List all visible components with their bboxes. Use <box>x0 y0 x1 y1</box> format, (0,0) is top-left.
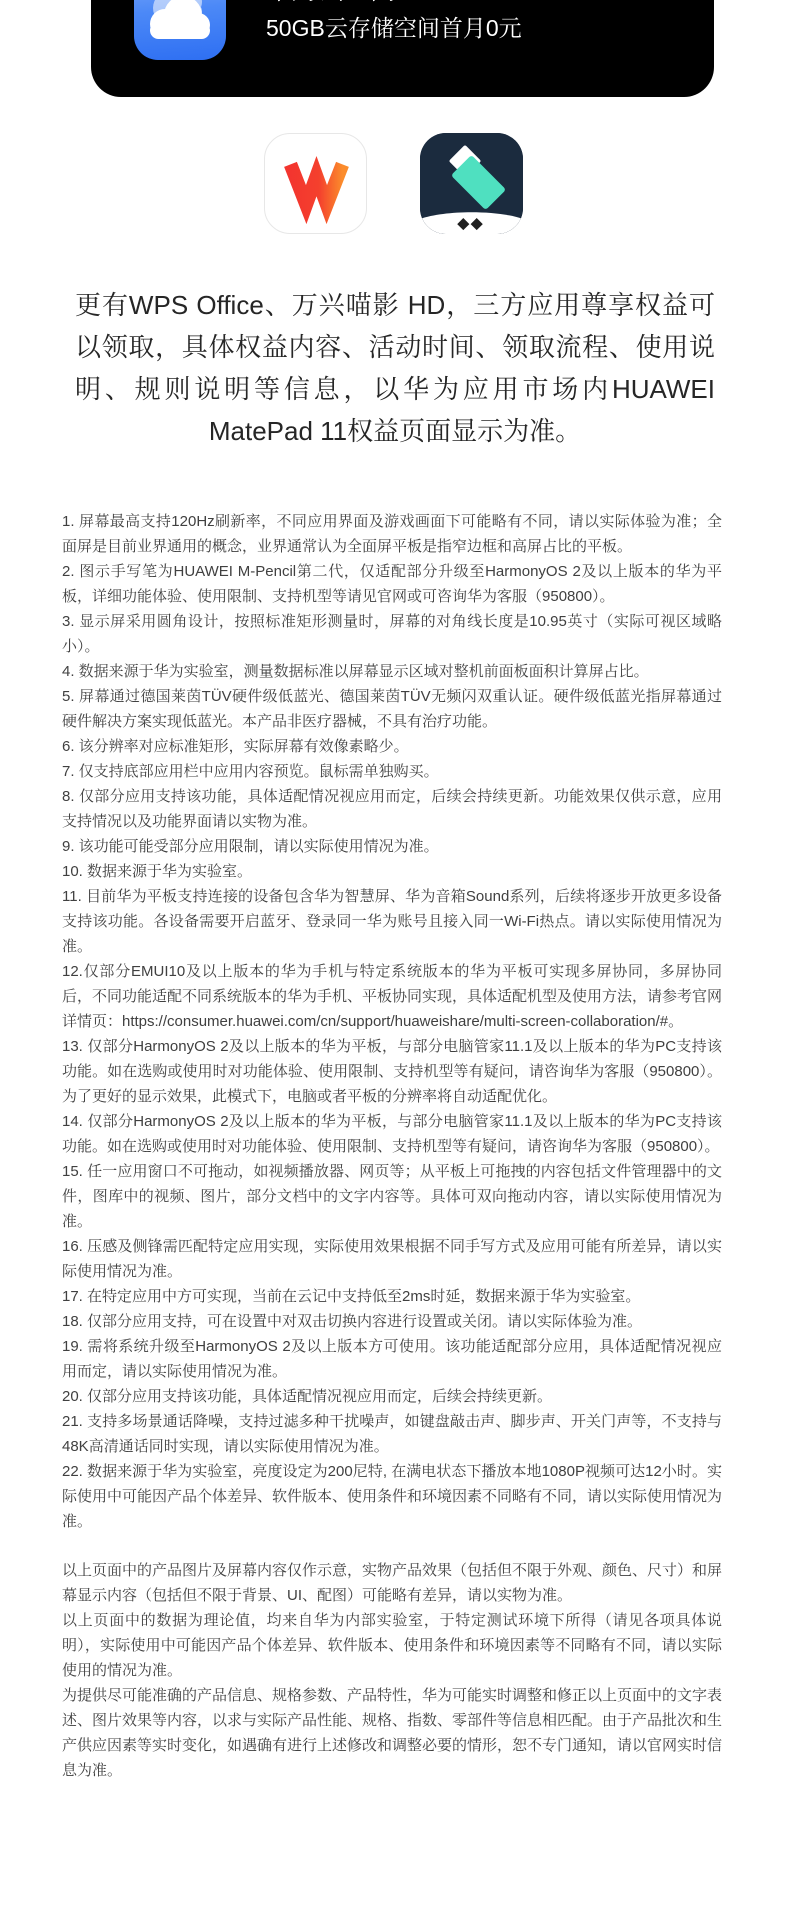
disclaimer-item: 1. 屏幕最高支持120Hz刷新率，不同应用界面及游戏画面下可能略有不同，请以实… <box>62 509 722 559</box>
disclaimer-item: 5. 屏幕通过德国莱茵TÜV硬件级低蓝光、德国莱茵TÜV无频闪双重认证。硬件级低… <box>62 684 722 734</box>
filmora-app-icon <box>420 133 523 234</box>
closing-note-item: 以上页面中的产品图片及屏幕内容仅作示意，实物产品效果（包括但不限于外观、颜色、尺… <box>62 1558 722 1608</box>
huawei-cloud-icon <box>134 0 226 60</box>
disclaimer-item: 17. 在特定应用中方可实现，当前在云记中支持低至2ms时延，数据来源于华为实验… <box>62 1284 722 1309</box>
product-detail-page: 华为云空间 50GB云存储空间首月0元 <box>0 0 790 1907</box>
closing-note-item: 以上页面中的数据为理论值，均来自华为内部实验室，于特定测试环境下所得（请见各项具… <box>62 1608 722 1683</box>
banner-title-clipped: 华为云空间 <box>266 0 396 5</box>
disclaimer-item: 18. 仅部分应用支持，可在设置中对双击切换内容进行设置或关闭。请以实际体验为准… <box>62 1309 722 1334</box>
disclaimer-item: 14. 仅部分HarmonyOS 2及以上版本的华为平板，与部分电脑管家11.1… <box>62 1109 722 1159</box>
cloud-promo-banner[interactable]: 华为云空间 50GB云存储空间首月0元 <box>91 0 714 97</box>
disclaimer-item: 19. 需将系统升级至HarmonyOS 2及以上版本方可使用。该功能适配部分应… <box>62 1334 722 1384</box>
wps-w-glyph <box>265 134 366 233</box>
disclaimer-item: 4. 数据来源于华为实验室，测量数据标准以屏幕显示区域对整机前面板面积计算屏占比… <box>62 659 722 684</box>
disclaimer-item: 7. 仅支持底部应用栏中应用内容预览。鼠标需单独购买。 <box>62 759 722 784</box>
benefit-paragraph: 更有WPS Office、万兴喵影 HD，三方应用尊享权益可以领取，具体权益内容… <box>75 284 715 452</box>
closing-notes-list: 以上页面中的产品图片及屏幕内容仅作示意，实物产品效果（包括但不限于外观、颜色、尺… <box>62 1558 722 1783</box>
disclaimer-item: 10. 数据来源于华为实验室。 <box>62 859 722 884</box>
disclaimer-item: 8. 仅部分应用支持该功能，具体适配情况视应用而定，后续会持续更新。功能效果仅供… <box>62 784 722 834</box>
disclaimer-item: 16. 压感及侧锋需匹配特定应用实现，实际使用效果根据不同手写方式及应用可能有所… <box>62 1234 722 1284</box>
disclaimer-item: 20. 仅部分应用支持该功能，具体适配情况视应用而定，后续会持续更新。 <box>62 1384 722 1409</box>
disclaimer-item: 13. 仅部分HarmonyOS 2及以上版本的华为平板，与部分电脑管家11.1… <box>62 1034 722 1109</box>
disclaimer-item: 22. 数据来源于华为实验室，亮度设定为200尼特, 在满电状态下播放本地108… <box>62 1459 722 1534</box>
cloud-glyph <box>134 0 226 60</box>
disclaimer-item: 6. 该分辨率对应标准矩形，实际屏幕有效像素略少。 <box>62 734 722 759</box>
disclaimer-list: 1. 屏幕最高支持120Hz刷新率，不同应用界面及游戏画面下可能略有不同，请以实… <box>62 509 722 1534</box>
disclaimer-item: 3. 显示屏采用圆角设计，按照标准矩形测量时，屏幕的对角线长度是10.95英寸（… <box>62 609 722 659</box>
closing-note-item: 为提供尽可能准确的产品信息、规格参数、产品特性，华为可能实时调整和修正以上页面中… <box>62 1683 722 1783</box>
disclaimer-item: 12.仅部分EMUI10及以上版本的华为手机与特定系统版本的华为平板可实现多屏协… <box>62 959 722 1034</box>
disclaimer-item: 21. 支持多场景通话降噪，支持过滤多种干扰噪声，如键盘敲击声、脚步声、开关门声… <box>62 1409 722 1459</box>
disclaimer-item: 11. 目前华为平板支持连接的设备包含华为智慧屏、华为音箱Sound系列，后续将… <box>62 884 722 959</box>
filmora-glyph <box>420 133 523 234</box>
disclaimer-item: 9. 该功能可能受部分应用限制，请以实际使用情况为准。 <box>62 834 722 859</box>
wps-office-app-icon <box>264 133 367 234</box>
disclaimer-section: 1. 屏幕最高支持120Hz刷新率，不同应用界面及游戏画面下可能略有不同，请以实… <box>62 509 722 1783</box>
disclaimer-item: 2. 图示手写笔为HUAWEI M-Pencil第二代，仅适配部分升级至Harm… <box>62 559 722 609</box>
banner-subtitle: 50GB云存储空间首月0元 <box>266 12 522 44</box>
disclaimer-item: 15. 任一应用窗口不可拖动，如视频播放器、网页等；从平板上可拖拽的内容包括文件… <box>62 1159 722 1234</box>
